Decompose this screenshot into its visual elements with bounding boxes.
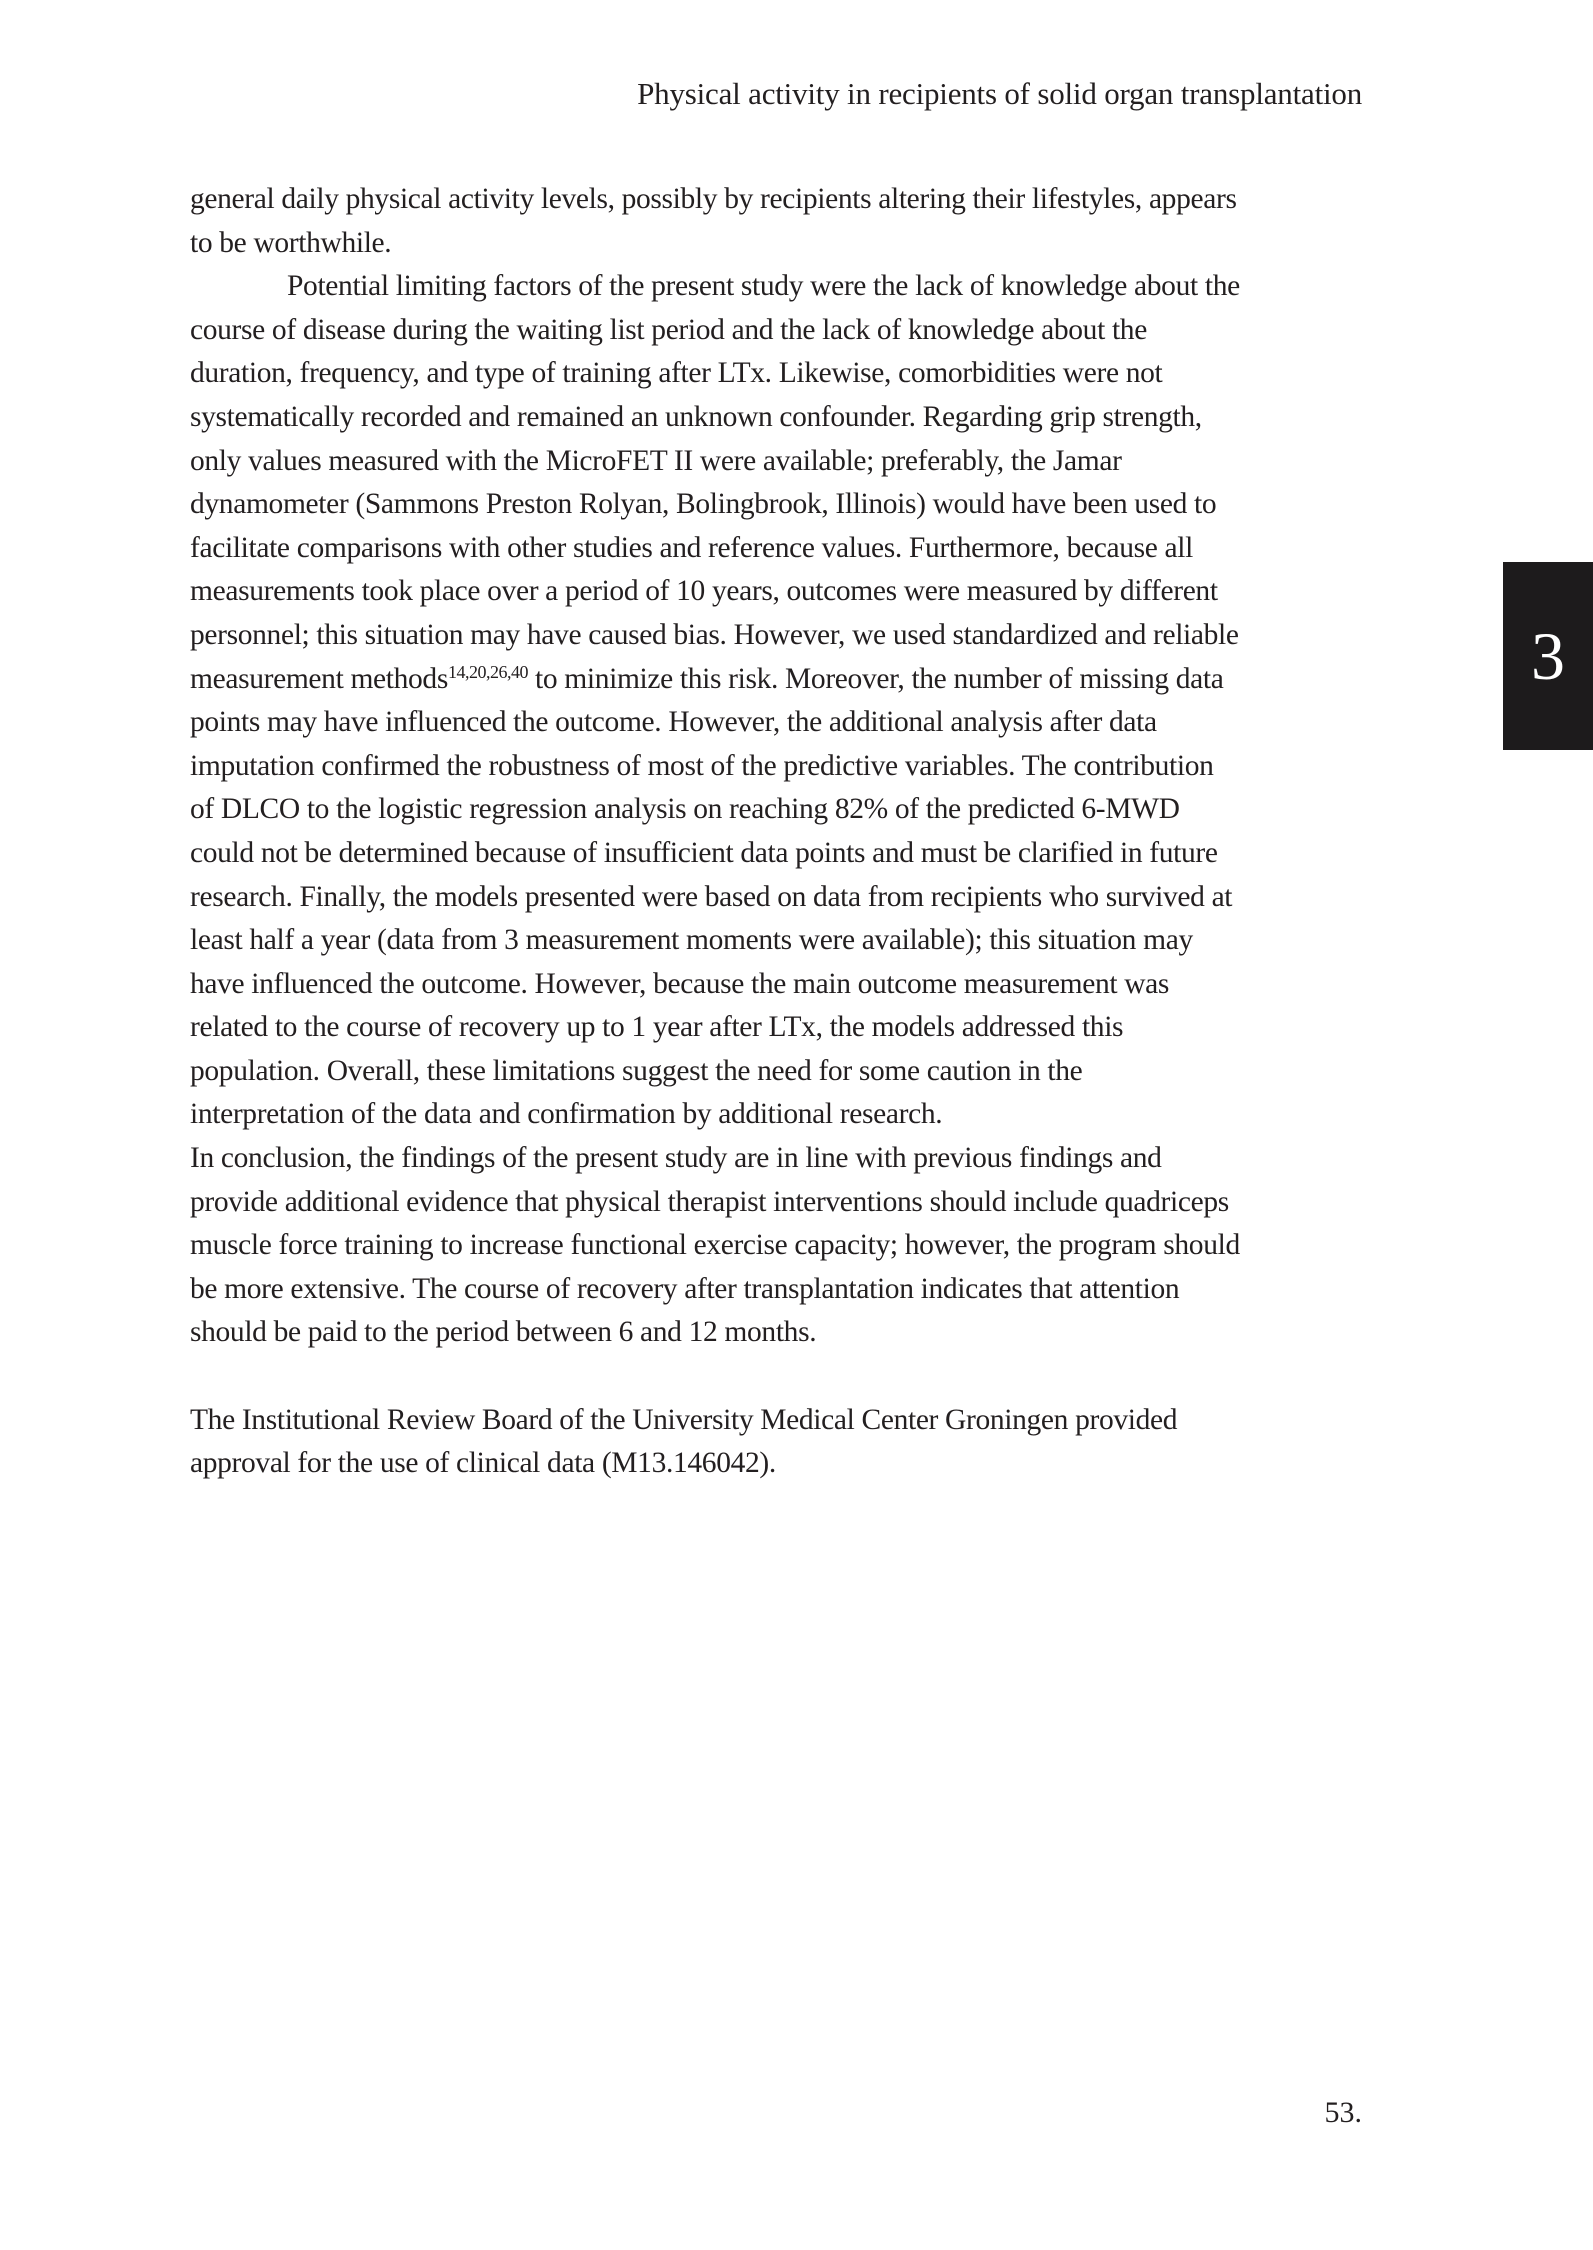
text-line: have influenced the outcome. However, be… <box>190 963 1370 1007</box>
text-line: only values measured with the MicroFET I… <box>190 440 1370 484</box>
citation-superscript: 14,20,26,40 <box>448 662 528 682</box>
text-line: facilitate comparisons with other studie… <box>190 527 1370 571</box>
paragraph-start-conclusion: In conclusion, the findings of the prese… <box>190 1137 1370 1181</box>
text-line: could not be determined because of insuf… <box>190 832 1370 876</box>
text-line: interpretation of the data and confirmat… <box>190 1093 1370 1137</box>
text-line: personnel; this situation may have cause… <box>190 614 1370 658</box>
text-line: duration, frequency, and type of trainin… <box>190 352 1370 396</box>
text-line: dynamometer (Sammons Preston Rolyan, Bol… <box>190 483 1370 527</box>
paragraph-gap <box>190 1355 1370 1399</box>
text-line: muscle force training to increase functi… <box>190 1224 1370 1268</box>
text-line: to be worthwhile. <box>190 222 1370 266</box>
text-line-with-citation: measurement methods14,20,26,40 to minimi… <box>190 658 1370 702</box>
text-segment: to minimize this risk. Moreover, the num… <box>528 663 1224 695</box>
chapter-tab: 3 <box>1503 562 1593 750</box>
text-line: related to the course of recovery up to … <box>190 1006 1370 1050</box>
text-line: general daily physical activity levels, … <box>190 178 1370 222</box>
text-line: provide additional evidence that physica… <box>190 1181 1370 1225</box>
text-line: measurements took place over a period of… <box>190 570 1370 614</box>
text-line: least half a year (data from 3 measureme… <box>190 919 1370 963</box>
text-line: points may have influenced the outcome. … <box>190 701 1370 745</box>
paragraph-start-limitations: Potential limiting factors of the presen… <box>190 265 1370 309</box>
text-line: be more extensive. The course of recover… <box>190 1268 1370 1312</box>
text-segment: measurement methods <box>190 663 448 695</box>
text-line: approval for the use of clinical data (M… <box>190 1442 1370 1486</box>
text-line: research. Finally, the models presented … <box>190 876 1370 920</box>
running-header-title: Physical activity in recipients of solid… <box>637 74 1362 114</box>
text-line: course of disease during the waiting lis… <box>190 309 1370 353</box>
page-number: 53. <box>1325 2093 1363 2133</box>
paragraph-start-irb-statement: The Institutional Review Board of the Un… <box>190 1399 1370 1443</box>
text-line: systematically recorded and remained an … <box>190 396 1370 440</box>
text-line: population. Overall, these limitations s… <box>190 1050 1370 1094</box>
text-line: of DLCO to the logistic regression analy… <box>190 788 1370 832</box>
text-line: should be paid to the period between 6 a… <box>190 1311 1370 1355</box>
body-text: general daily physical activity levels, … <box>190 178 1370 1486</box>
chapter-number: 3 <box>1531 622 1565 690</box>
text-line: imputation confirmed the robustness of m… <box>190 745 1370 789</box>
